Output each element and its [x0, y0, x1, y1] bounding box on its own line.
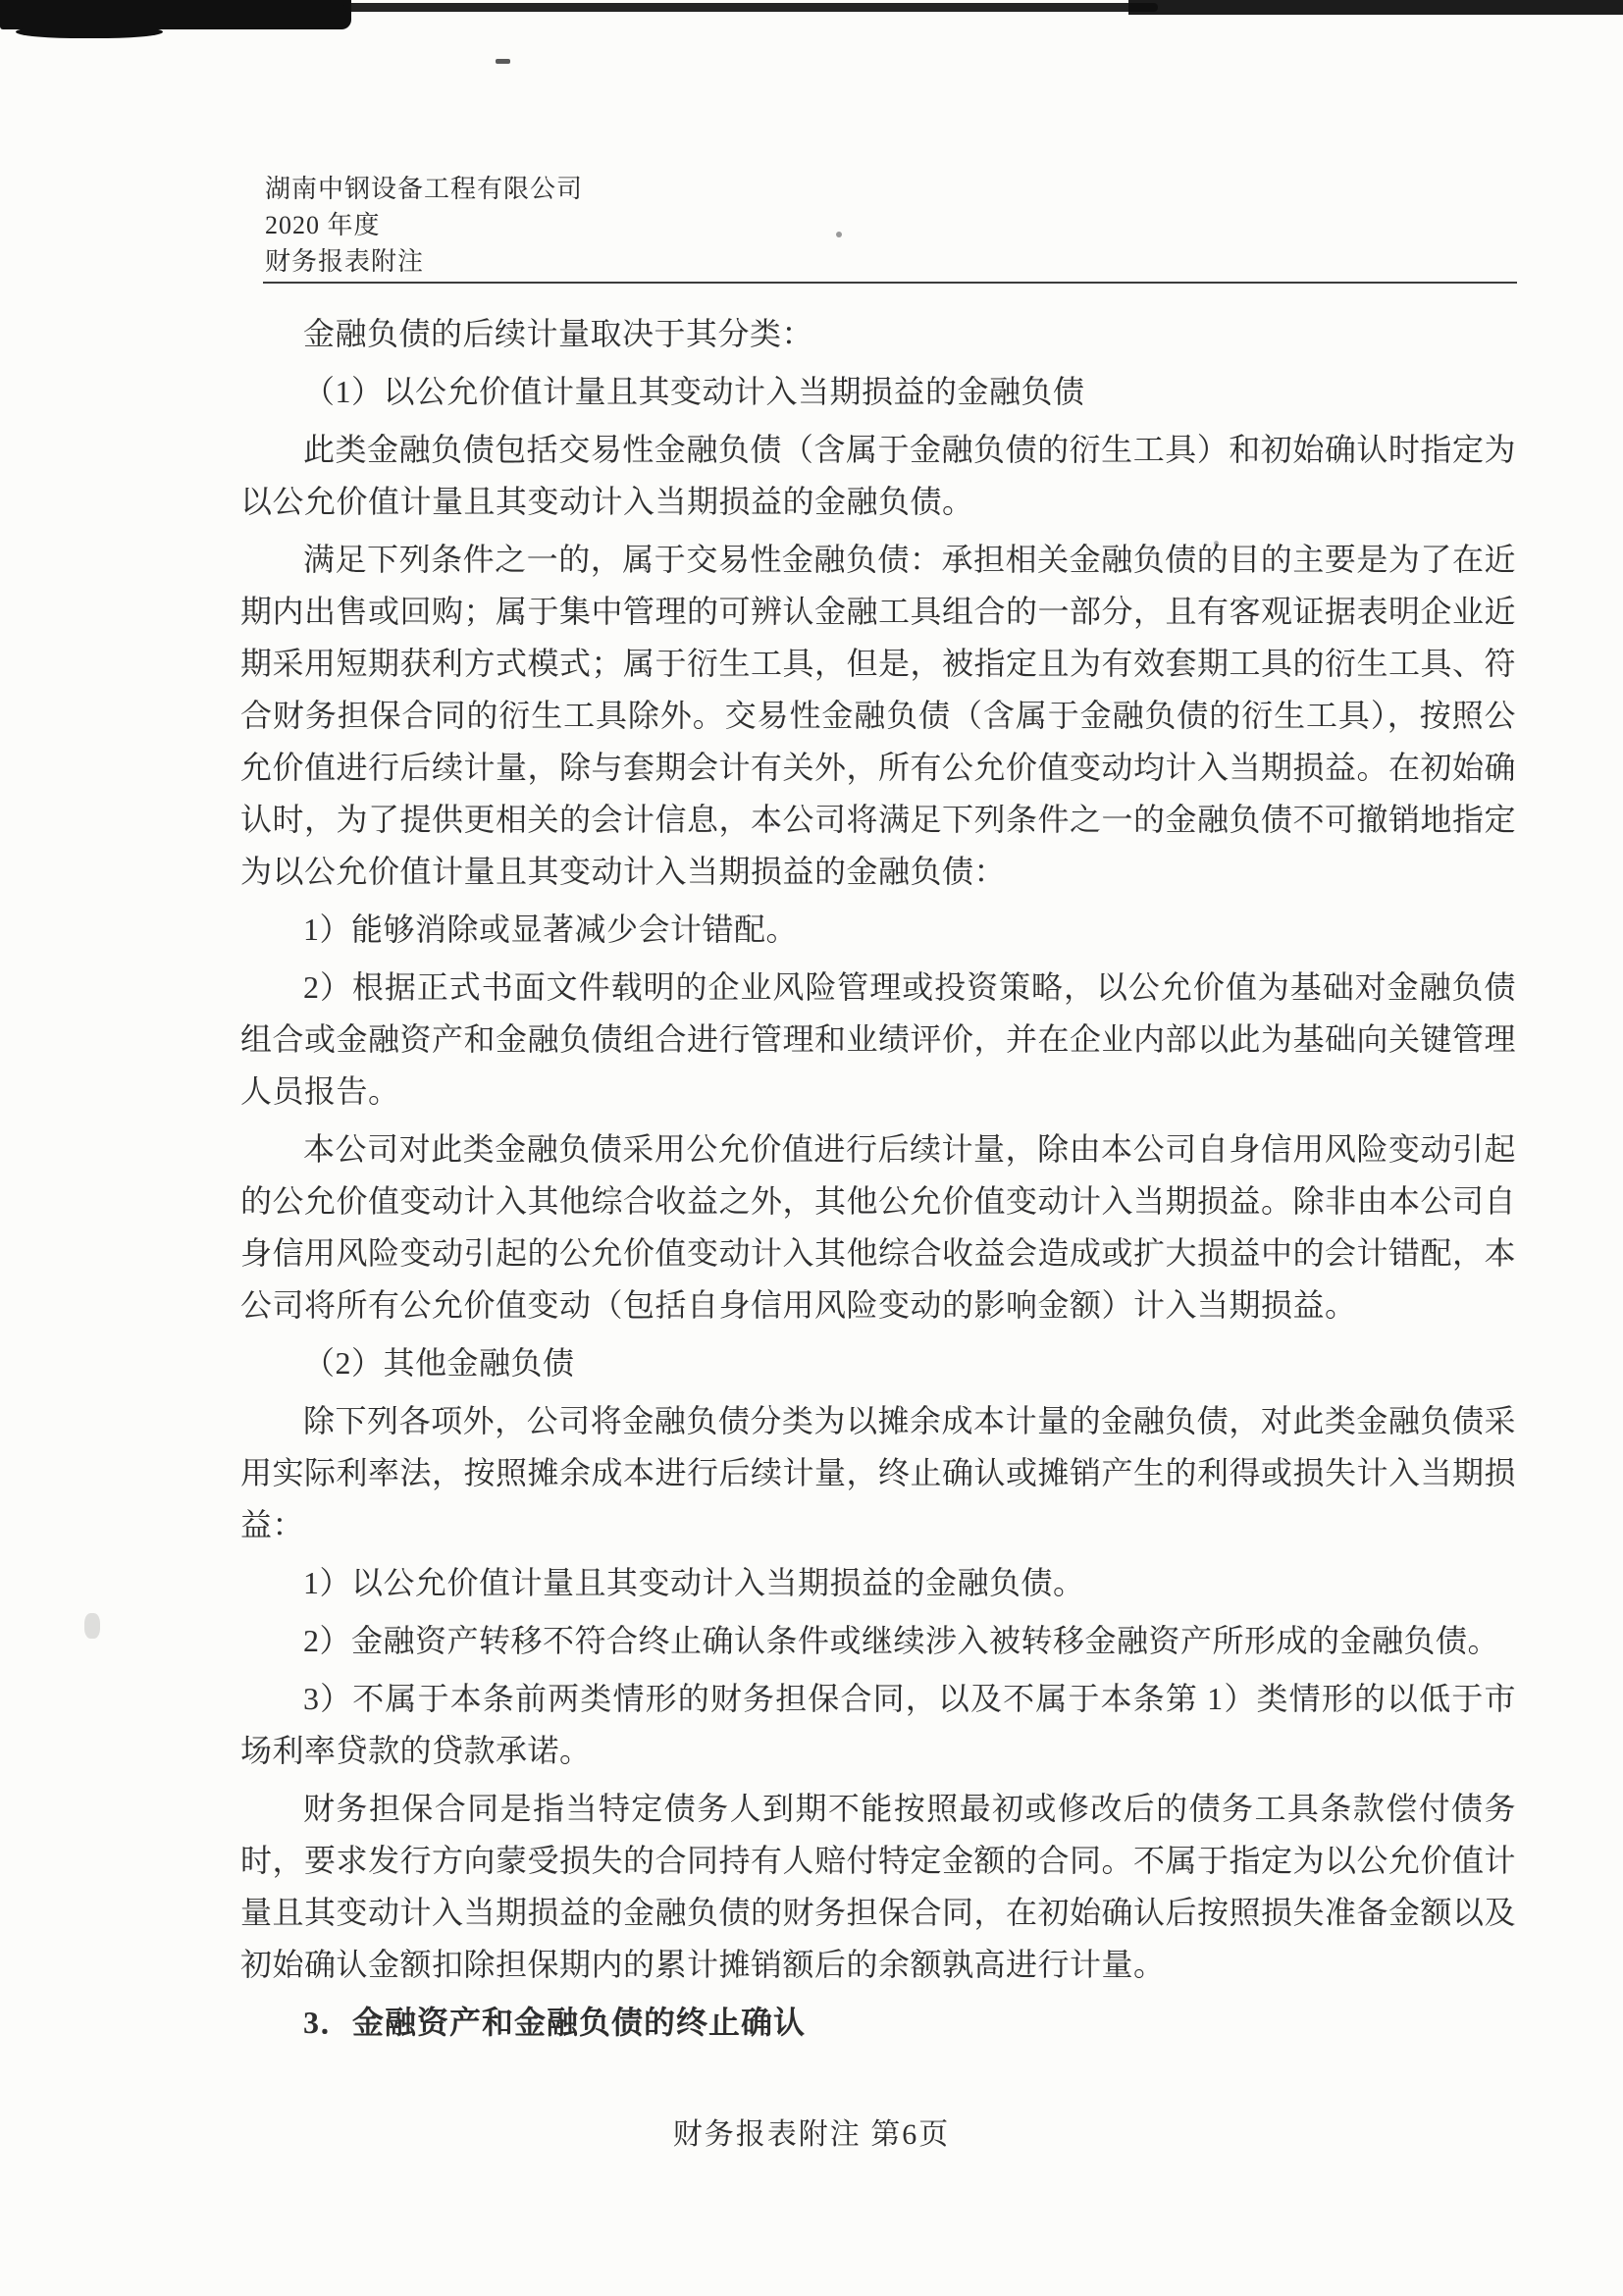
paragraph: 本公司对此类金融负债采用公允价值进行后续计量，除由本公司自身信用风险变动引起的公…: [240, 1123, 1516, 1331]
paragraph: 金融负债的后续计量取决于其分类：: [240, 308, 1516, 360]
document-body: 金融负债的后续计量取决于其分类： （1）以公允价值计量且其变动计入当期损益的金融…: [240, 308, 1516, 2055]
paragraph: 3）不属于本条前两类情形的财务担保合同，以及不属于本条第 1）类情形的以低于市场…: [240, 1673, 1516, 1777]
company-name: 湖南中钢设备工程有限公司: [265, 171, 583, 207]
page-footer: 财务报表附注 第6页: [0, 2110, 1623, 2153]
scan-smudge: [84, 1613, 100, 1639]
header-divider: [263, 282, 1517, 284]
report-header: 湖南中钢设备工程有限公司 2020 年度 财务报表附注: [265, 171, 583, 280]
fiscal-year: 2020 年度: [265, 207, 583, 243]
paragraph: 除下列各项外，公司将金融负债分类为以摊余成本计量的金融负债，对此类金融负债采用实…: [240, 1395, 1516, 1551]
scan-artifact-top-left-blob: [16, 26, 163, 38]
paragraph: 财务担保合同是指当特定债务人到期不能按照最初或修改后的债务工具条款偿付债务时，要…: [240, 1783, 1516, 1991]
scanned-document-page: 湖南中钢设备工程有限公司 2020 年度 财务报表附注 金融负债的后续计量取决于…: [0, 0, 1623, 2296]
paragraph: 1）能够消除或显著减少会计错配。: [240, 904, 1516, 956]
scan-artifact-dash: [496, 59, 510, 64]
section-heading: 3．金融资产和金融负债的终止确认: [240, 1997, 1516, 2049]
paragraph: （2）其他金融负债: [240, 1337, 1516, 1389]
paragraph: 满足下列条件之一的，属于交易性金融负债：承担相关金融负债的目的主要是为了在近期内…: [240, 534, 1516, 898]
scan-artifact-top-middle: [343, 3, 1158, 12]
paragraph: 2）金融资产转移不符合终止确认条件或继续涉入被转移金融资产所形成的金融负债。: [240, 1615, 1516, 1667]
scan-speck: [836, 232, 842, 237]
document-title: 财务报表附注: [265, 243, 583, 280]
scan-artifact-top-right: [1128, 0, 1623, 15]
paragraph: 2）根据正式书面文件载明的企业风险管理或投资策略，以公允价值为基础对金融负债组合…: [240, 962, 1516, 1118]
paragraph: （1）以公允价值计量且其变动计入当期损益的金融负债: [240, 366, 1516, 418]
paragraph: 此类金融负债包括交易性金融负债（含属于金融负债的衍生工具）和初始确认时指定为以公…: [240, 424, 1516, 528]
paragraph: 1）以公允价值计量且其变动计入当期损益的金融负债。: [240, 1557, 1516, 1609]
